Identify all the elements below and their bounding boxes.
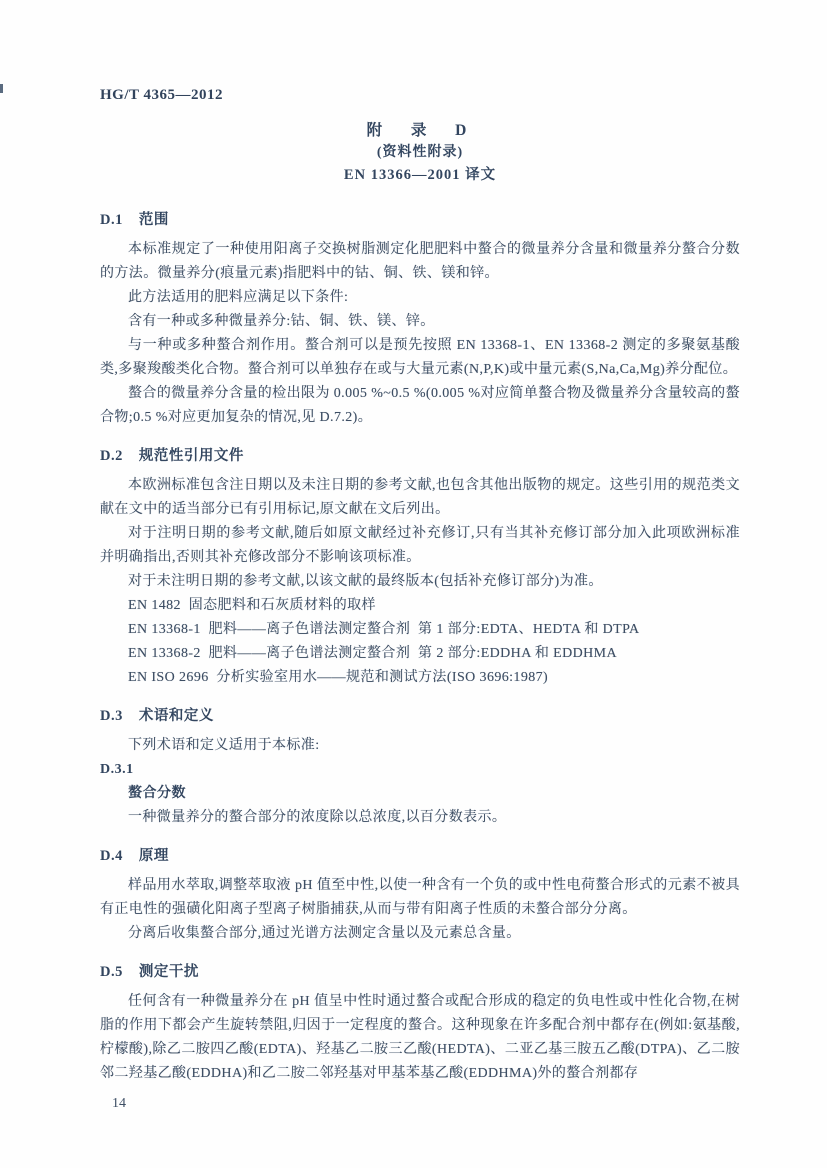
appendix-title-block: 附 录 D (资料性附录) EN 13366—2001 译文 <box>100 120 740 186</box>
paragraph: 含有一种或多种微量养分:钴、铜、铁、镁、锌。 <box>100 310 740 334</box>
section-d3-terms-definitions: D.3术语和定义 下列术语和定义适用于本标准: D.3.1 螯合分数 一种微量养… <box>100 706 740 830</box>
section-d2-heading: D.2规范性引用文件 <box>100 446 740 466</box>
paragraph: 任何含有一种微量养分在 pH 值呈中性时通过螯合或配合形成的稳定的负电性或中性化… <box>100 990 740 1086</box>
section-d5-heading: D.5测定干扰 <box>100 962 740 982</box>
section-d5-interferences: D.5测定干扰 任何含有一种微量养分在 pH 值呈中性时通过螯合或配合形成的稳定… <box>100 962 740 1086</box>
section-title: 规范性引用文件 <box>139 448 244 464</box>
paragraph: 下列术语和定义适用于本标准: <box>100 734 740 758</box>
paragraph: 此方法适用的肥料应满足以下条件: <box>100 286 740 310</box>
scan-artifact <box>0 84 3 93</box>
page-number: 14 <box>112 1094 740 1114</box>
appendix-type-note: (资料性附录) <box>100 142 740 164</box>
paragraph: 与一种或多种螯合剂作用。螯合剂可以是预先按照 EN 13368-1、EN 133… <box>100 334 740 382</box>
section-number: D.2 <box>100 448 123 464</box>
reference-item: EN 13368-1 肥料——离子色谱法测定螯合剂 第 1 部分:EDTA、HE… <box>100 618 740 642</box>
section-d1-scope: D.1范围 本标准规定了一种使用阳离子交换树脂测定化肥肥料中螯合的微量养分含量和… <box>100 210 740 430</box>
term-number: D.3.1 <box>100 758 740 782</box>
reference-item: EN 1482 固态肥料和石灰质材料的取样 <box>100 594 740 618</box>
text-column: HG/T 4365—2012 附 录 D (资料性附录) EN 13366—20… <box>100 86 740 1114</box>
section-number: D.3 <box>100 708 123 724</box>
paragraph: 本标准规定了一种使用阳离子交换树脂测定化肥肥料中螯合的微量养分含量和微量养分螯合… <box>100 238 740 286</box>
section-title: 原理 <box>139 848 169 864</box>
reference-item: EN 13368-2 肥料——离子色谱法测定螯合剂 第 2 部分:EDDHA 和… <box>100 642 740 666</box>
paragraph: 对于未注明日期的参考文献,以该文献的最终版本(包括补充修订部分)为准。 <box>100 570 740 594</box>
section-d3-heading: D.3术语和定义 <box>100 706 740 726</box>
section-title: 术语和定义 <box>139 708 214 724</box>
term-name: 螯合分数 <box>100 782 740 806</box>
paragraph: 螯合的微量养分含量的检出限为 0.005 %~0.5 %(0.005 %对应简单… <box>100 382 740 430</box>
section-title: 范围 <box>139 212 169 228</box>
reference-item: EN ISO 2696 分析实验室用水——规范和测试方法(ISO 3696:19… <box>100 666 740 690</box>
section-d4-principle: D.4原理 样品用水萃取,调整萃取液 pH 值至中性,以使一种含有一个负的或中性… <box>100 846 740 946</box>
term-definition: 一种微量养分的螯合部分的浓度除以总浓度,以百分数表示。 <box>100 806 740 830</box>
standard-code: HG/T 4365—2012 <box>100 86 740 104</box>
section-number: D.5 <box>100 964 123 980</box>
section-d1-heading: D.1范围 <box>100 210 740 230</box>
paragraph: 样品用水萃取,调整萃取液 pH 值至中性,以使一种含有一个负的或中性电荷螯合形式… <box>100 874 740 922</box>
section-title: 测定干扰 <box>139 964 199 980</box>
paragraph: 对于注明日期的参考文献,随后如原文献经过补充修订,只有当其补充修订部分加入此项欧… <box>100 522 740 570</box>
paragraph: 分离后收集螯合部分,通过光谱方法测定含量以及元素总含量。 <box>100 922 740 946</box>
section-d2-normative-references: D.2规范性引用文件 本欧洲标准包含注日期以及未注日期的参考文献,也包含其他出版… <box>100 446 740 690</box>
section-number: D.1 <box>100 212 123 228</box>
appendix-subtitle: EN 13366—2001 译文 <box>100 164 740 186</box>
paragraph: 本欧洲标准包含注日期以及未注日期的参考文献,也包含其他出版物的规定。这些引用的规… <box>100 474 740 522</box>
section-d4-heading: D.4原理 <box>100 846 740 866</box>
section-number: D.4 <box>100 848 123 864</box>
document-page: HG/T 4365—2012 附 录 D (资料性附录) EN 13366—20… <box>0 0 827 1168</box>
appendix-title: 附 录 D <box>100 120 740 142</box>
